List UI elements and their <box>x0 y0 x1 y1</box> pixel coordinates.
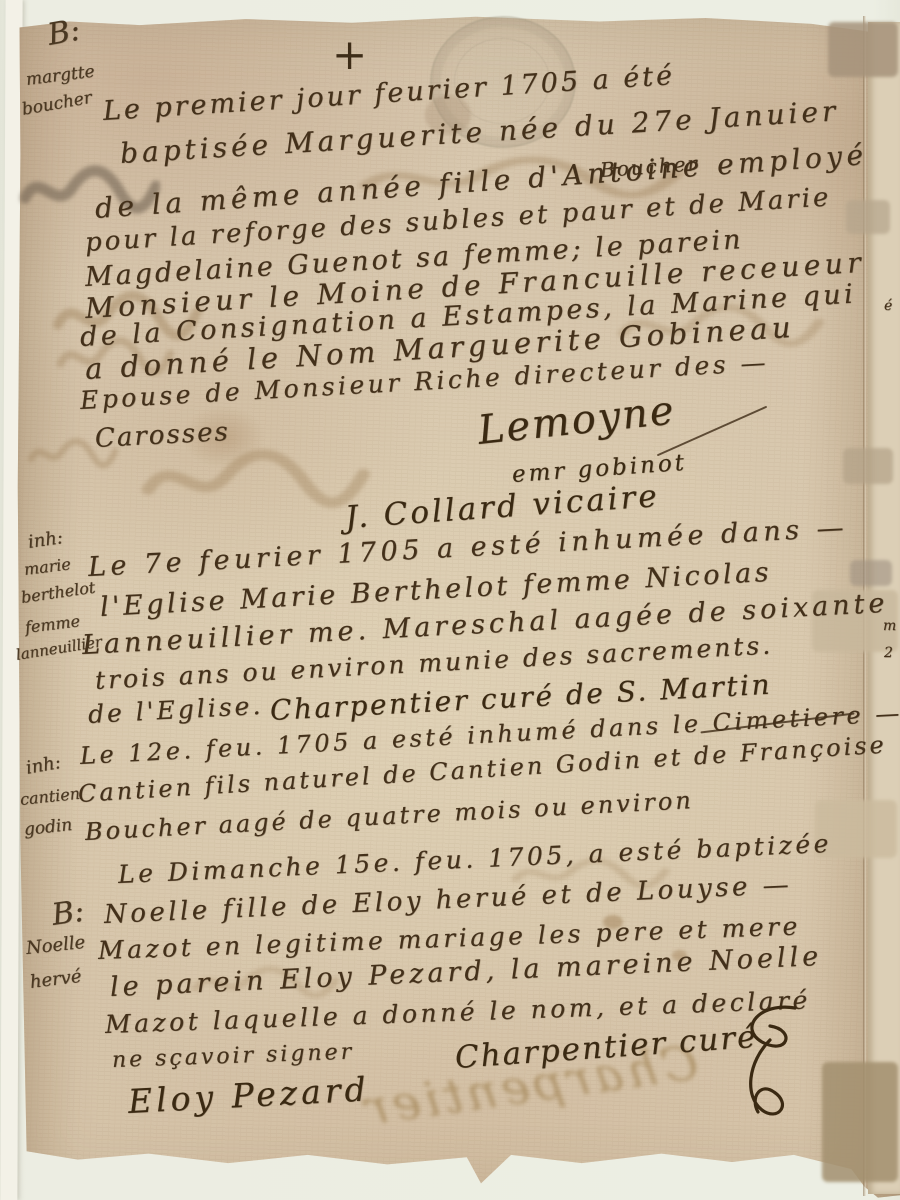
manuscript-leaf <box>16 12 900 1200</box>
manuscript-photo: { "colors": { "ink": "#43301a", "paper":… <box>0 0 900 1200</box>
binding-patch <box>843 448 893 484</box>
tape-mark <box>812 590 898 652</box>
binding-patch <box>846 200 890 234</box>
embossed-stamp-inner-ring <box>454 38 550 124</box>
binding-patch <box>850 560 892 586</box>
binding-patch <box>822 1062 898 1182</box>
tape-mark <box>815 800 897 858</box>
binding-patch <box>828 22 898 77</box>
embossed-stamp <box>430 16 576 148</box>
